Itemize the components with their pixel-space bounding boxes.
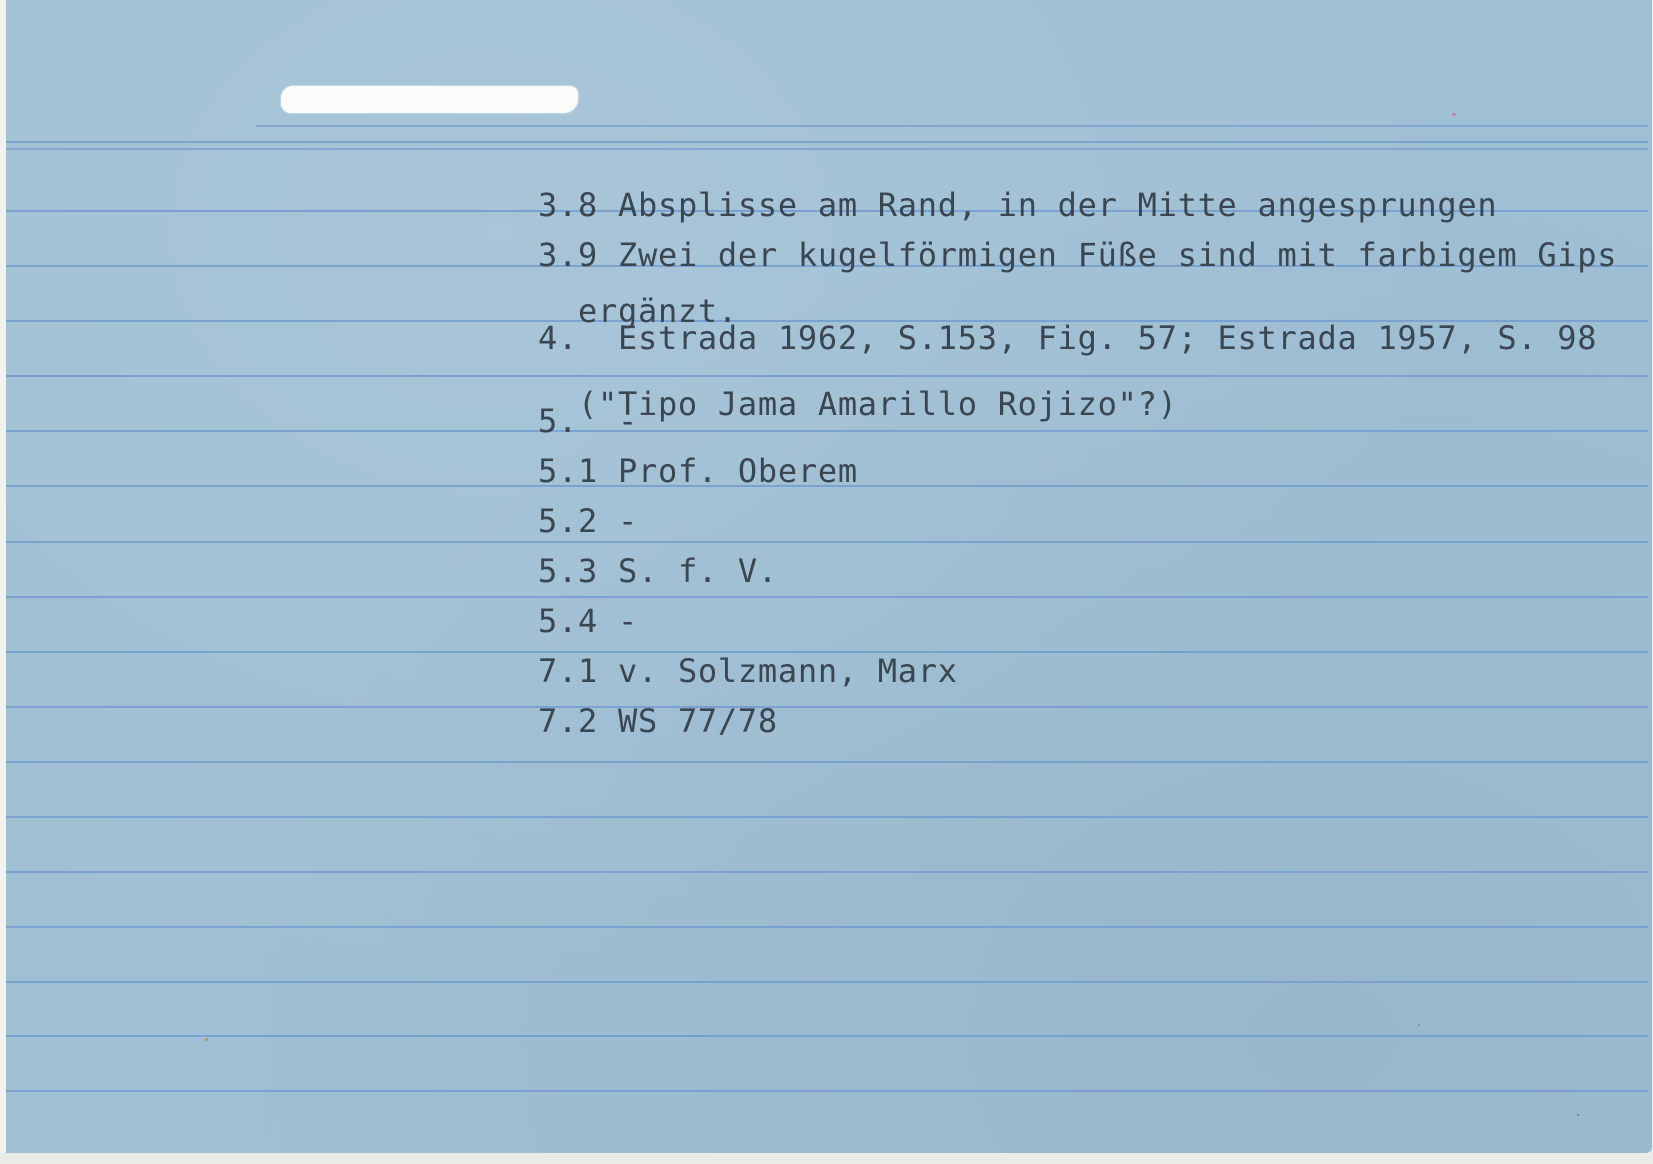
paper-speck bbox=[1452, 113, 1456, 116]
paper-speck bbox=[205, 1038, 208, 1041]
ruled-line bbox=[6, 871, 1648, 873]
ruled-line bbox=[6, 596, 1648, 598]
entry-number: 7.2 bbox=[538, 705, 618, 738]
entry-number: 4. bbox=[538, 322, 618, 355]
paper-speck bbox=[1418, 1024, 1420, 1026]
ruled-line bbox=[6, 926, 1648, 928]
entry-text: WS 77/78 bbox=[618, 702, 778, 740]
header-rule-double-2 bbox=[6, 148, 1648, 150]
entry-number: 3.9 bbox=[538, 239, 618, 272]
entry-text: Estrada 1962, S.153, Fig. 57; Estrada 19… bbox=[618, 319, 1597, 357]
ruled-line bbox=[6, 1035, 1648, 1037]
header-rule-top bbox=[256, 125, 1648, 127]
entry-text: Zwei der kugelförmigen Füße sind mit far… bbox=[618, 236, 1617, 274]
header-rule-double-1 bbox=[6, 141, 1648, 143]
ruled-line bbox=[6, 816, 1648, 818]
ruled-line bbox=[6, 761, 1648, 763]
entry-text-continuation: ("Tipo Jama Amarillo Rojizo"?) bbox=[498, 388, 1597, 421]
ruled-line bbox=[6, 981, 1648, 983]
entry-7-2: 7.2WS 77/78 bbox=[498, 672, 778, 738]
ruled-line bbox=[6, 541, 1648, 543]
entry-text: Prof. Oberem bbox=[618, 452, 858, 490]
ruled-line bbox=[6, 1090, 1648, 1092]
paper-speck bbox=[1577, 1114, 1579, 1116]
redacted-header bbox=[281, 86, 578, 113]
ruled-line bbox=[6, 706, 1648, 708]
entry-text: S. f. V. bbox=[618, 552, 778, 590]
